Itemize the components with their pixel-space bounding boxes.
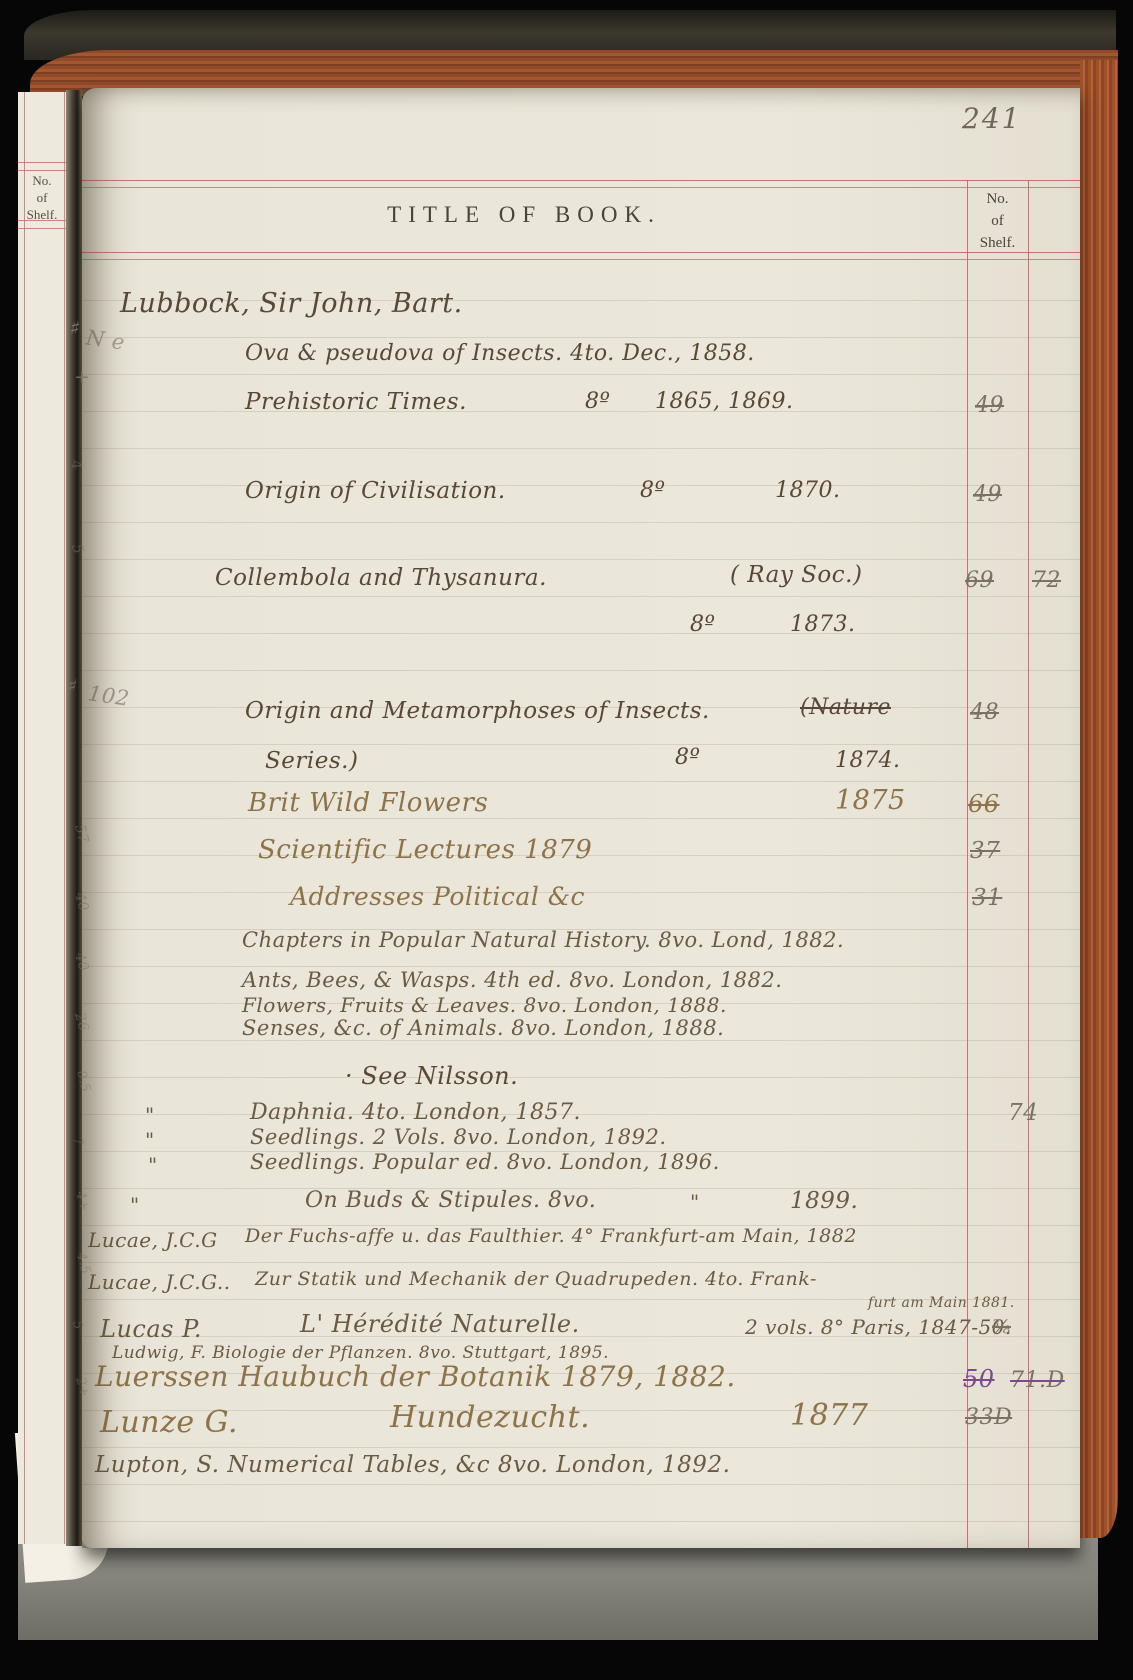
ledger-entry-text: Collembola and Thysanura. [215, 565, 547, 591]
ledger-entry-text: 49 [973, 482, 1002, 507]
previous-page-sliver: No. of Shelf. [18, 92, 66, 1544]
ledger-entry-text: 66 [968, 790, 1000, 818]
shelf-header-line: No. [18, 172, 66, 189]
ledger-entry-text: " [145, 1128, 155, 1152]
shelf-header-line: Shelf. [18, 206, 66, 223]
ledger-entry-text: Series.) [265, 748, 358, 774]
ruling-line [24, 92, 25, 1544]
ledger-entry-text: Ants, Bees, & Wasps. 4th ed. 8vo. London… [242, 968, 782, 992]
ledger-entry-text: 1875 [835, 785, 906, 816]
ledger-entry-text: Lucae, J.C.G [88, 1228, 218, 1252]
ledger-entry-text: Addresses Political &c [290, 882, 585, 911]
ledger-entry-text: Hundezucht. [390, 1400, 590, 1435]
ledger-entry-text: Lupton, S. Numerical Tables, &c 8vo. Lon… [95, 1452, 730, 1478]
pencil-margin-mark: + [74, 366, 90, 388]
shelf-header-line: of [18, 189, 66, 206]
ledger-entry-text: 1865, 1869. [655, 389, 793, 414]
ledger-entry-text: L' Hérédité Naturelle. [300, 1310, 580, 1338]
ledger-entry-text: " [145, 1103, 155, 1127]
ledger-entry-text: ( Ray Soc.) [730, 562, 862, 588]
ledger-entry-text: 71.D [1010, 1368, 1065, 1393]
ledger-entry-text: 31 [972, 885, 1002, 911]
ledger-entry-text: furt am Main 1881. [868, 1295, 1015, 1311]
ledger-entry-text: 49 [975, 393, 1004, 418]
ledger-entry-text: Der Fuchs-affe u. das Faulthier. 4° Fran… [245, 1225, 857, 1247]
ledger-entry-text: Brit Wild Flowers [248, 788, 488, 818]
ledger-entry-text: 69 [965, 568, 994, 593]
ledger-entry-text: " [148, 1153, 158, 1177]
ledger-entry-text: Scientific Lectures 1879 [258, 835, 592, 865]
ruling-line [18, 162, 66, 171]
ledger-entry-text: Senses, &c. of Animals. 8vo. London, 188… [242, 1016, 724, 1040]
ledger-entry-text: 74 [1008, 1100, 1038, 1126]
ledger-entry-text: 1899. [790, 1188, 858, 1214]
ledger-entry-text: 1877 [790, 1398, 868, 1433]
left-shelf-column-header: No. of Shelf. [18, 172, 66, 223]
ledger-entry-text: Lucas P. [100, 1315, 202, 1343]
ledger-entry-text: Lubbock, Sir John, Bart. [120, 288, 463, 319]
header-rule-bottom [82, 252, 1080, 260]
ledger-entry-text: 2 vols. 8° Paris, 1847-50. [745, 1315, 1012, 1339]
ledger-entry-text: Luerssen Haubuch der Botanik 1879, 1882. [95, 1360, 736, 1393]
ledger-entry-text: 72 [1032, 568, 1061, 593]
ledger-entry-text: Origin of Civilisation. [245, 478, 506, 504]
ledger-entry-text: 8º [585, 389, 610, 414]
right-shelf-column-header: No. of Shelf. [967, 188, 1028, 254]
ledger-entry-text: Lunze G. [100, 1405, 238, 1440]
ledger-entry-text: " [130, 1193, 140, 1217]
shelf-header-line: of [967, 210, 1028, 232]
ledger-entry-text: Chapters in Popular Natural History. 8vo… [242, 928, 844, 952]
ledger-entry-text: 1870. [775, 478, 840, 503]
ledger-entry-text: ⅜ [992, 1316, 1011, 1338]
column-header-title-of-book: TITLE OF BOOK. [82, 202, 966, 228]
ledger-entry-text: 8º [675, 745, 700, 770]
ledger-entry-text: 1874. [835, 748, 900, 773]
ledger-entry-text: Ova & pseudova of Insects. 4to. Dec., 18… [245, 341, 755, 366]
ledger-entry-text: 37 [970, 838, 1000, 864]
ledger-entry-text: Flowers, Fruits & Leaves. 8vo. London, 1… [242, 993, 727, 1017]
shelf-header-line: Shelf. [967, 232, 1028, 254]
ledger-entry-text: Seedlings. Popular ed. 8vo. London, 1896… [250, 1150, 720, 1174]
header-rule-top [82, 180, 1080, 188]
ledger-page: 241 TITLE OF BOOK. No. of Shelf. Lubbock… [82, 88, 1080, 1548]
shelf-header-line: No. [967, 188, 1028, 210]
ledger-entry-text: 8º [640, 478, 665, 503]
shelf-column-line [1028, 180, 1029, 1548]
shelf-column-line [967, 180, 968, 1548]
page-number: 241 [962, 102, 1021, 135]
ledger-entry-text: 48 [970, 700, 999, 725]
ledger-entry-text: · See Nilsson. [345, 1062, 518, 1090]
photographed-ledger-page: No. of Shelf. 241 TITLE OF BOOK. No. of … [0, 0, 1133, 1680]
ledger-entry-text: Seedlings. 2 Vols. 8vo. London, 1892. [250, 1125, 667, 1149]
ledger-entry-text: Lucae, J.C.G.. [88, 1270, 231, 1294]
ledger-entry-text: On Buds & Stipules. 8vo. [305, 1188, 596, 1213]
ledger-entry-text: Daphnia. 4to. London, 1857. [250, 1100, 581, 1125]
page-block-fore-edge [1080, 60, 1118, 1538]
ruling-line [64, 92, 65, 1544]
ledger-entry-text: 50 [963, 1365, 995, 1393]
ledger-entry-text: " [690, 1190, 700, 1214]
ledger-entry-text: 8º [690, 612, 715, 637]
ledger-entry-text: 33D [965, 1405, 1012, 1430]
ledger-entry-text: (Nature [800, 695, 891, 720]
ledger-entry-text: Prehistoric Times. [245, 389, 467, 415]
ledger-entry-text: 1873. [790, 612, 855, 637]
ledger-entry-text: Zur Statik und Mechanik der Quadrupeden.… [255, 1268, 817, 1290]
ledger-entry-text: Origin and Metamorphoses of Insects. [245, 698, 710, 724]
